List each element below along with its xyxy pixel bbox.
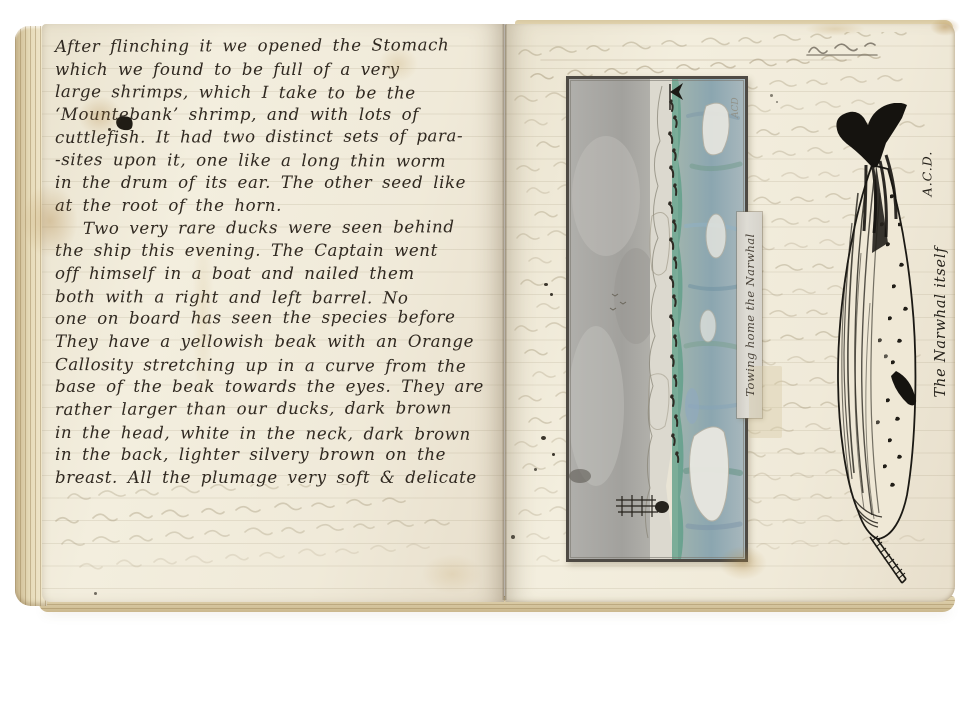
right-page: ACD Towing home the Narwhal <box>505 24 955 602</box>
notebook-spread: After flinching it we opened the Stomach… <box>15 20 957 616</box>
handwriting-line: Callosity stretching up in a curve from … <box>55 355 501 380</box>
narwhal-tusk <box>868 531 906 583</box>
ink-speck <box>770 94 773 97</box>
handwriting-line: in the drum of its ear. The other seed l… <box>55 173 501 196</box>
watercolor-corner-signature: ACD <box>731 97 741 119</box>
handwriting-line: the ship this evening. The Captain went <box>55 241 501 264</box>
stain <box>805 22 865 36</box>
book-gutter <box>502 24 507 600</box>
stain <box>422 554 482 594</box>
ink-speck <box>776 101 778 103</box>
handwriting-line: rather larger than our ducks, dark brown <box>55 398 501 423</box>
ink-speck <box>534 468 537 471</box>
watercolor-towing-scene: ACD <box>566 76 748 562</box>
ink-speck <box>544 283 548 286</box>
bleed-through-writing <box>50 484 495 599</box>
ink-speck <box>552 453 555 456</box>
ink-speck <box>94 592 97 595</box>
handwriting-line: After flinching it we opened the Stomach <box>55 35 501 60</box>
artist-signature: A.C.D. <box>920 148 935 200</box>
handwriting-line: one on board has seen the species before <box>55 307 501 332</box>
photo-canvas: After flinching it we opened the Stomach… <box>0 0 980 704</box>
handwriting-line: Two very rare ducks were seen behind <box>55 217 501 242</box>
struck-out-word <box>805 40 885 62</box>
sea-region <box>672 79 745 559</box>
handwriting-line: in the head, white in the neck, dark bro… <box>55 423 501 448</box>
ink-speck <box>511 535 515 539</box>
handwriting-line: They have a yellowish beak with an Orang… <box>55 332 501 355</box>
dark-smudge <box>569 469 591 483</box>
handwriting-line: large shrimps, which I take to be the <box>55 82 501 107</box>
ink-speck <box>108 128 111 131</box>
handwriting-line: breast. All the plumage very soft & deli… <box>55 468 501 491</box>
handwriting-line: -sites upon it, one like a long thin wor… <box>55 150 501 175</box>
handwriting-line: base of the beak towards the eyes. They … <box>55 377 501 400</box>
handwriting-line: off himself in a boat and nailed them <box>55 264 501 287</box>
handwriting-line: which we found to be full of a very <box>55 60 501 83</box>
ink-speck <box>550 293 553 296</box>
towing-scene-art: ACD <box>566 76 748 562</box>
ink-speck <box>541 436 546 440</box>
left-page: After flinching it we opened the Stomach… <box>42 24 504 602</box>
watercolor-caption: Towing home the Narwhal <box>743 220 757 410</box>
handwriting-line: at the root of the horn. <box>55 196 501 219</box>
diary-entry-text: After flinching it we opened the Stomach… <box>55 37 501 491</box>
narwhal-sketch-caption: The Narwhal itself <box>933 232 949 412</box>
handwriting-line: in the back, lighter silvery brown on th… <box>55 445 501 468</box>
